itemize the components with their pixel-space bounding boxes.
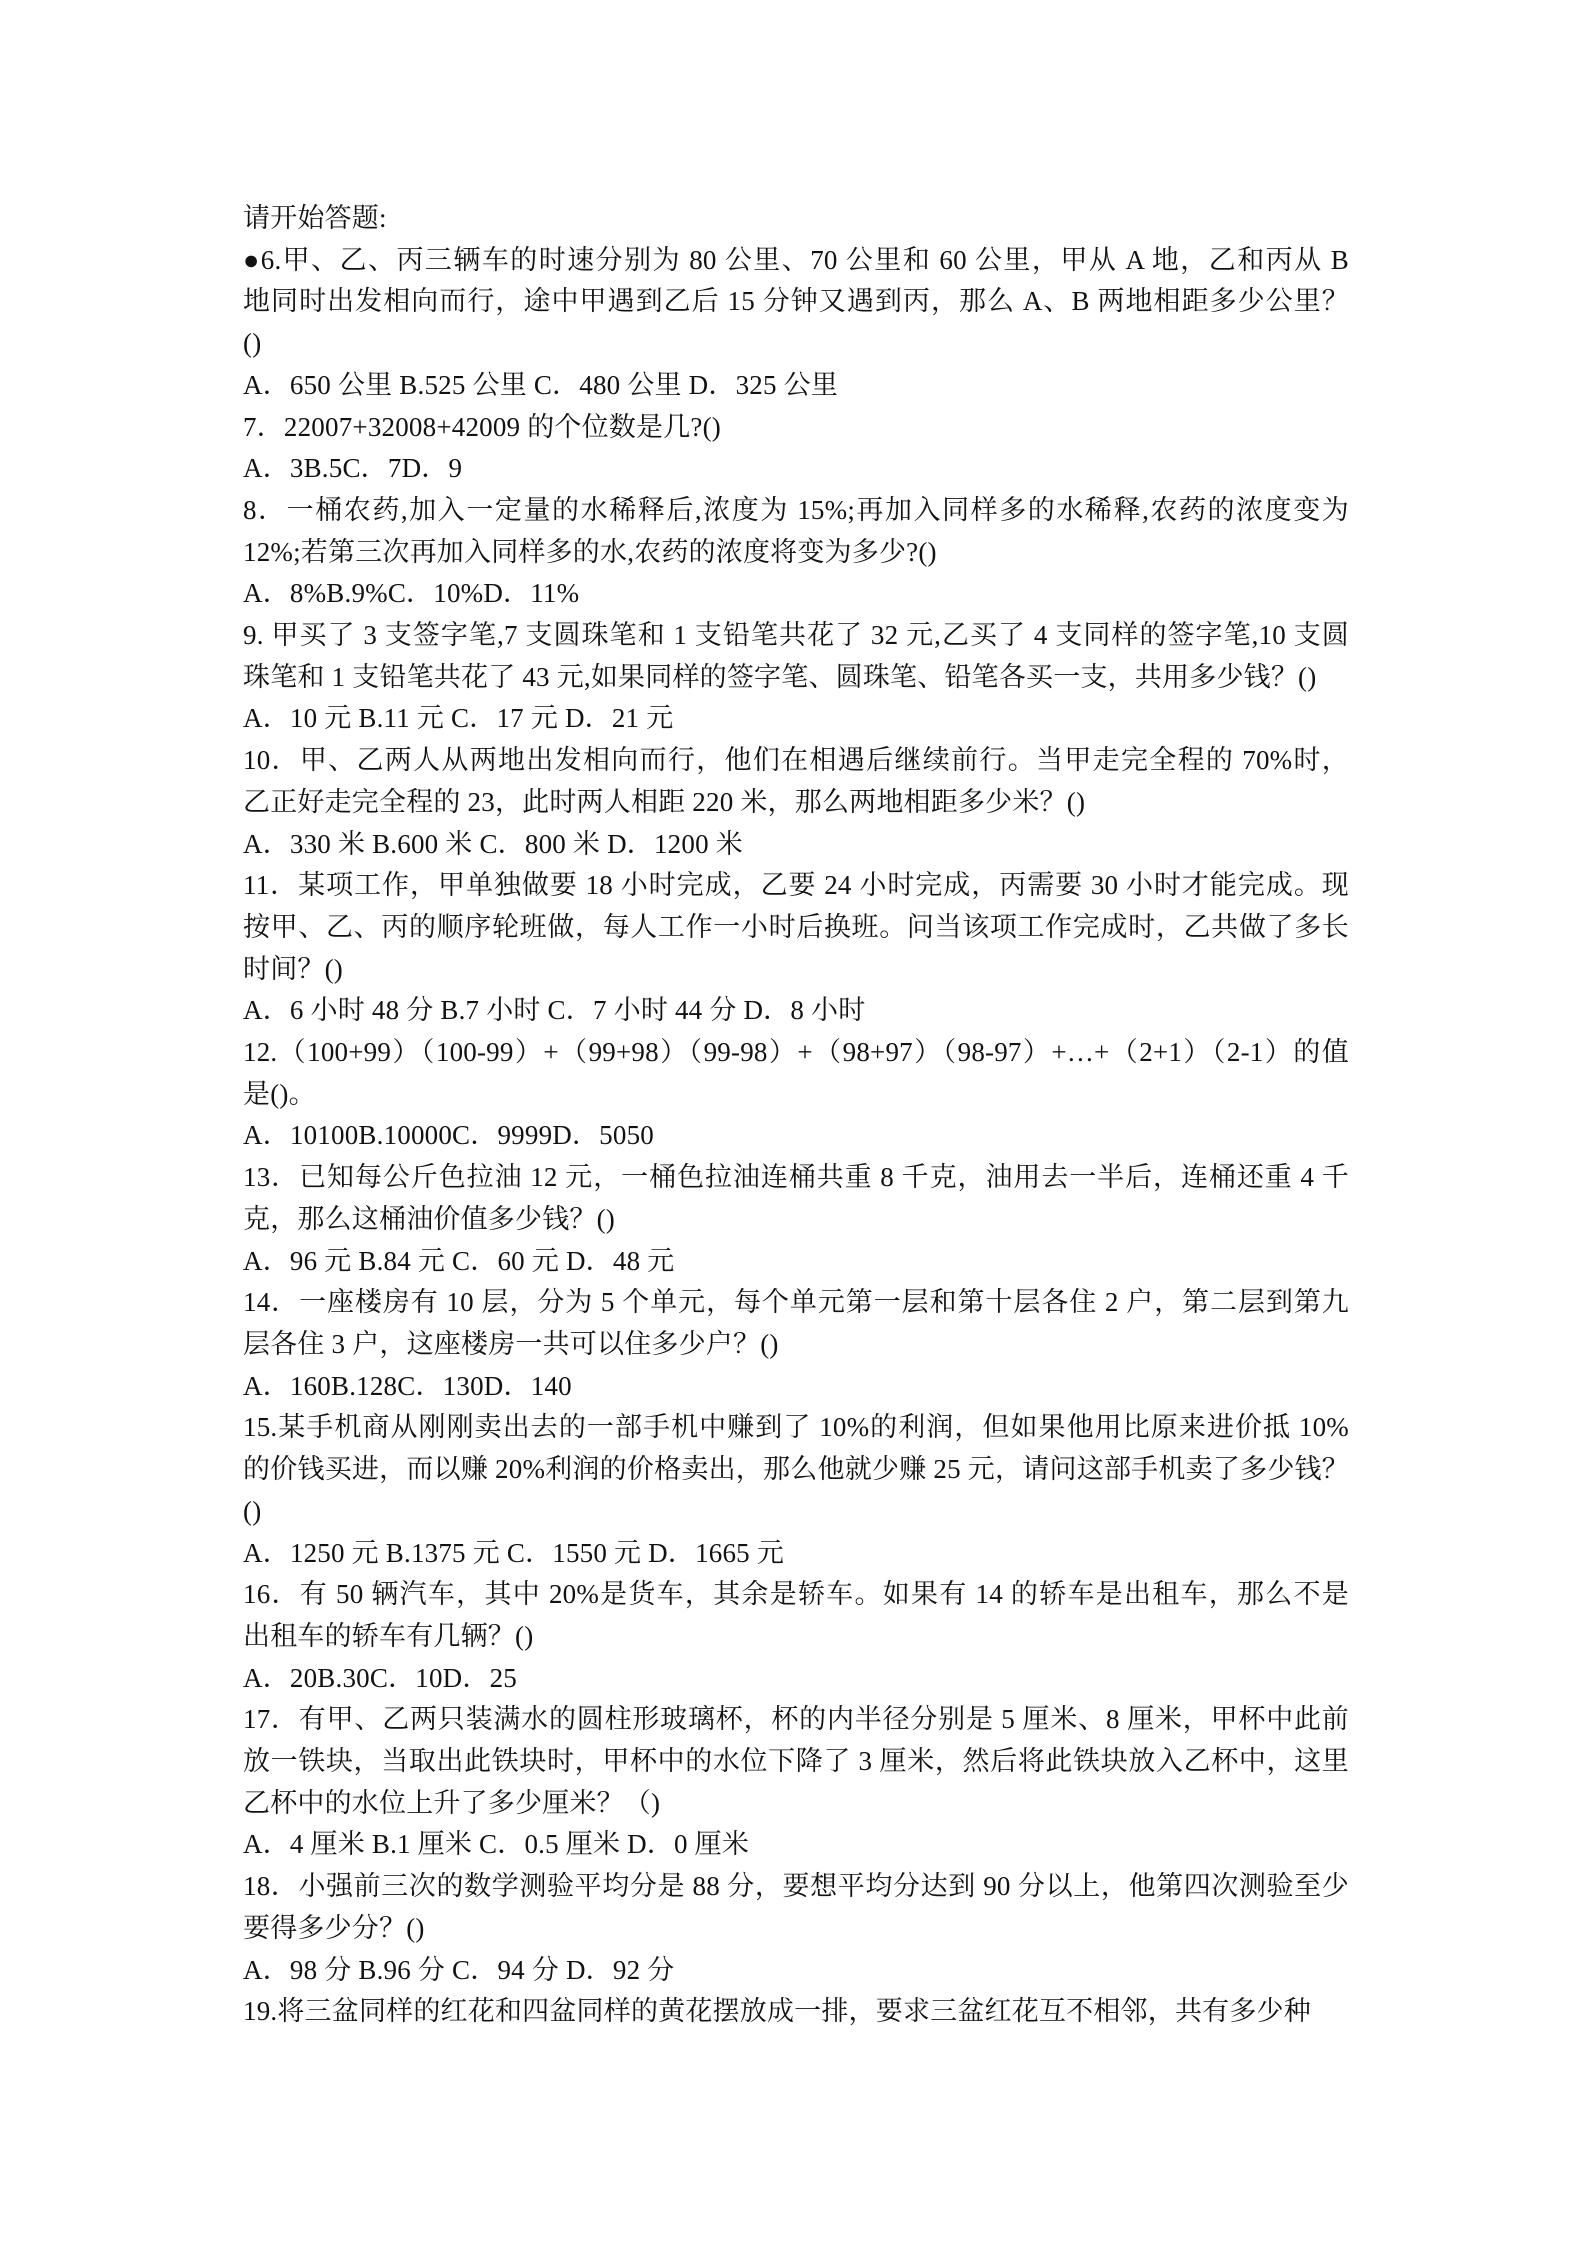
question-9-text-line: 9. 甲买了 3 支签字笔,7 支圆珠笔和 1 支铅笔共花了 32 元,乙买了 …	[243, 615, 1349, 657]
question-14-text-line: 层各住 3 户，这座楼房一共可以住多少户？()	[243, 1324, 1349, 1366]
document-body: ●6.甲、乙、丙三辆车的时速分别为 80 公里、70 公里和 60 公里，甲从 …	[243, 240, 1349, 2033]
question-8: 8．一桶农药,加入一定量的水稀释后,浓度为 15%;再加入同样多的水稀释,农药的…	[243, 490, 1349, 615]
question-16-text-line: 16．有 50 辆汽车，其中 20%是货车，其余是轿车。如果有 14 的轿车是出…	[243, 1574, 1349, 1616]
question-17: 17．有甲、乙两只装满水的圆柱形玻璃杯，杯的内半径分别是 5 厘米、8 厘米，甲…	[243, 1699, 1349, 1866]
question-12-options-line: A．10100B.10000C．9999D．5050	[243, 1115, 1349, 1157]
question-16: 16．有 50 辆汽车，其中 20%是货车，其余是轿车。如果有 14 的轿车是出…	[243, 1574, 1349, 1699]
question-6: ●6.甲、乙、丙三辆车的时速分别为 80 公里、70 公里和 60 公里，甲从 …	[243, 240, 1349, 407]
question-15-text-line: 的价钱买进，而以赚 20%利润的价格卖出，那么他就少赚 25 元，请问这部手机卖…	[243, 1449, 1349, 1491]
question-8-options-line: A．8%B.9%C．10%D．11%	[243, 573, 1349, 615]
question-7-text-line: 7．22007+32008+42009 的个位数是几?()	[243, 407, 1349, 449]
question-6-text-line: 地同时出发相向而行，途中甲遇到乙后 15 分钟又遇到丙，那么 A、B 两地相距多…	[243, 281, 1349, 323]
question-12: 12.（100+99）（100-99）+（99+98）（99-98）+（98+9…	[243, 1032, 1349, 1157]
question-10-text-line: 乙正好走完全程的 23，此时两人相距 220 米，那么两地相距多少米？()	[243, 782, 1349, 824]
question-18: 18．小强前三次的数学测验平均分是 88 分，要想平均分达到 90 分以上，他第…	[243, 1866, 1349, 1991]
question-15-text-line: ()	[243, 1491, 1349, 1533]
question-15: 15.某手机商从刚刚卖出去的一部手机中赚到了 10%的利润，但如果他用比原来进价…	[243, 1407, 1349, 1574]
question-9: 9. 甲买了 3 支签字笔,7 支圆珠笔和 1 支铅笔共花了 32 元,乙买了 …	[243, 615, 1349, 740]
question-12-text-line: 是()。	[243, 1074, 1349, 1116]
question-10-text-line: 10．甲、乙两人从两地出发相向而行，他们在相遇后继续前行。当甲走完全程的 70%…	[243, 740, 1349, 782]
question-18-options-line: A．98 分 B.96 分 C．94 分 D．92 分	[243, 1950, 1349, 1992]
question-10-options-line: A．330 米 B.600 米 C．800 米 D．1200 米	[243, 824, 1349, 866]
question-16-options-line: A．20B.30C．10D．25	[243, 1658, 1349, 1700]
question-18-text-line: 要得多少分？()	[243, 1908, 1349, 1950]
question-6-text-line: ()	[243, 323, 1349, 365]
question-19-text-line: 19.将三盆同样的红花和四盆同样的黄花摆放成一排，要求三盆红花互不相邻，共有多少…	[243, 1991, 1349, 2033]
question-16-text-line: 出租车的轿车有几辆？()	[243, 1616, 1349, 1658]
question-13-text-line: 克，那么这桶油价值多少钱？()	[243, 1199, 1349, 1241]
question-13-text-line: 13．已知每公斤色拉油 12 元，一桶色拉油连桶共重 8 千克，油用去一半后，连…	[243, 1157, 1349, 1199]
question-6-text-line: ●6.甲、乙、丙三辆车的时速分别为 80 公里、70 公里和 60 公里，甲从 …	[243, 240, 1349, 282]
question-14: 14．一座楼房有 10 层，分为 5 个单元，每个单元第一层和第十层各住 2 户…	[243, 1282, 1349, 1407]
question-11-text-line: 时间？()	[243, 949, 1349, 991]
question-18-text-line: 18．小强前三次的数学测验平均分是 88 分，要想平均分达到 90 分以上，他第…	[243, 1866, 1349, 1908]
question-14-options-line: A．160B.128C．130D．140	[243, 1366, 1349, 1408]
question-15-text-line: 15.某手机商从刚刚卖出去的一部手机中赚到了 10%的利润，但如果他用比原来进价…	[243, 1407, 1349, 1449]
question-12-text-line: 12.（100+99）（100-99）+（99+98）（99-98）+（98+9…	[243, 1032, 1349, 1074]
question-8-text-line: 12%;若第三次再加入同样多的水,农药的浓度将变为多少?()	[243, 532, 1349, 574]
question-13: 13．已知每公斤色拉油 12 元，一桶色拉油连桶共重 8 千克，油用去一半后，连…	[243, 1157, 1349, 1282]
question-17-text-line: 17．有甲、乙两只装满水的圆柱形玻璃杯，杯的内半径分别是 5 厘米、8 厘米，甲…	[243, 1699, 1349, 1741]
question-9-text-line: 珠笔和 1 支铅笔共花了 43 元,如果同样的签字笔、圆珠笔、铅笔各买一支，共用…	[243, 657, 1349, 699]
question-6-options-line: A．650 公里 B.525 公里 C．480 公里 D．325 公里	[243, 365, 1349, 407]
question-9-options-line: A．10 元 B.11 元 C．17 元 D．21 元	[243, 698, 1349, 740]
exam-instruction: 请开始答题:	[243, 198, 1349, 240]
question-19: 19.将三盆同样的红花和四盆同样的黄花摆放成一排，要求三盆红花互不相邻，共有多少…	[243, 1991, 1349, 2033]
question-17-text-line: 乙杯中的水位上升了多少厘米？（)	[243, 1783, 1349, 1825]
question-7: 7．22007+32008+42009 的个位数是几?()A．3B.5C．7D．…	[243, 407, 1349, 490]
question-11: 11．某项工作，甲单独做要 18 小时完成，乙要 24 小时完成，丙需要 30 …	[243, 865, 1349, 1032]
question-14-text-line: 14．一座楼房有 10 层，分为 5 个单元，每个单元第一层和第十层各住 2 户…	[243, 1282, 1349, 1324]
question-13-options-line: A．96 元 B.84 元 C．60 元 D．48 元	[243, 1241, 1349, 1283]
question-8-text-line: 8．一桶农药,加入一定量的水稀释后,浓度为 15%;再加入同样多的水稀释,农药的…	[243, 490, 1349, 532]
question-15-options-line: A．1250 元 B.1375 元 C．1550 元 D．1665 元	[243, 1533, 1349, 1575]
document-page: 请开始答题: ●6.甲、乙、丙三辆车的时速分别为 80 公里、70 公里和 60…	[243, 198, 1349, 2033]
question-11-text-line: 11．某项工作，甲单独做要 18 小时完成，乙要 24 小时完成，丙需要 30 …	[243, 865, 1349, 907]
question-11-text-line: 按甲、乙、丙的顺序轮班做，每人工作一小时后换班。问当该项工作完成时，乙共做了多长	[243, 907, 1349, 949]
question-7-options-line: A．3B.5C．7D．9	[243, 448, 1349, 490]
question-11-options-line: A．6 小时 48 分 B.7 小时 C．7 小时 44 分 D．8 小时	[243, 990, 1349, 1032]
question-17-text-line: 放一铁块，当取出此铁块时，甲杯中的水位下降了 3 厘米，然后将此铁块放入乙杯中，…	[243, 1741, 1349, 1783]
question-10: 10．甲、乙两人从两地出发相向而行，他们在相遇后继续前行。当甲走完全程的 70%…	[243, 740, 1349, 865]
question-17-options-line: A．4 厘米 B.1 厘米 C．0.5 厘米 D．0 厘米	[243, 1824, 1349, 1866]
